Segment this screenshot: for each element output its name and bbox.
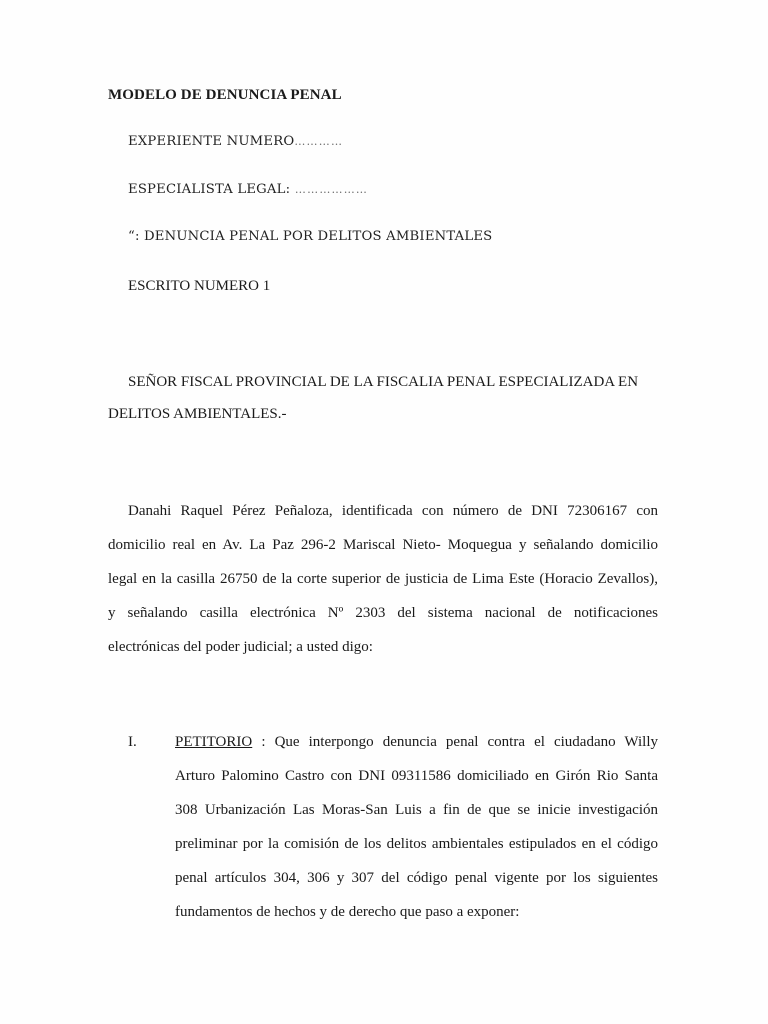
especialista-value: ……………… [290, 183, 368, 196]
escrito-number: ESCRITO NUMERO 1 [128, 277, 270, 295]
section-number: I. [128, 733, 137, 751]
petitorio-line: preliminar por la comisión de los delito… [175, 827, 658, 861]
addressee-line-1: SEÑOR FISCAL PROVINCIAL DE LA FISCALIA P… [128, 373, 638, 391]
petitorio-line: Arturo Palomino Castro con DNI 09311586 … [175, 759, 658, 793]
intro-line: Danahi Raquel Pérez Peñaloza, identifica… [108, 494, 658, 528]
document-page: MODELO DE DENUNCIA PENAL EXPERIENTE NUME… [0, 0, 768, 1024]
petitorio-heading: PETITORIO [175, 734, 252, 750]
petitorio-line: penal artículos 304, 306 y 307 del códig… [175, 861, 658, 895]
addressee-line-2: DELITOS AMBIENTALES.- [108, 405, 287, 423]
intro-paragraph: Danahi Raquel Pérez Peñaloza, identifica… [108, 494, 658, 664]
expediente-label: EXPERIENTE NUMERO [128, 134, 294, 149]
intro-line: domicilio real en Av. La Paz 296-2 Maris… [108, 528, 658, 562]
expediente-value: ………… [294, 135, 343, 148]
petitorio-line: 308 Urbanización Las Moras-San Luis a fi… [175, 793, 658, 827]
intro-line: legal en la casilla 26750 de la corte su… [108, 562, 658, 596]
expediente-field: EXPERIENTE NUMERO………… [128, 133, 343, 151]
petitorio-line: fundamentos de hechos y de derecho que p… [175, 895, 658, 929]
especialista-field: ESPECIALISTA LEGAL: ……………… [128, 181, 368, 199]
intro-line: y señalando casilla electrónica Nº 2303 … [108, 596, 658, 630]
sumilla: “: DENUNCIA PENAL POR DELITOS AMBIENTALE… [128, 228, 492, 246]
petitorio-first-line: PETITORIO : Que interpongo denuncia pena… [175, 725, 658, 759]
document-title: MODELO DE DENUNCIA PENAL [108, 86, 342, 104]
petitorio-first-line-text: : Que interpongo denuncia penal contra e… [252, 734, 658, 750]
intro-line: electrónicas del poder judicial; a usted… [108, 630, 658, 664]
especialista-label: ESPECIALISTA LEGAL: [128, 182, 290, 197]
petitorio-section: PETITORIO : Que interpongo denuncia pena… [175, 725, 658, 929]
